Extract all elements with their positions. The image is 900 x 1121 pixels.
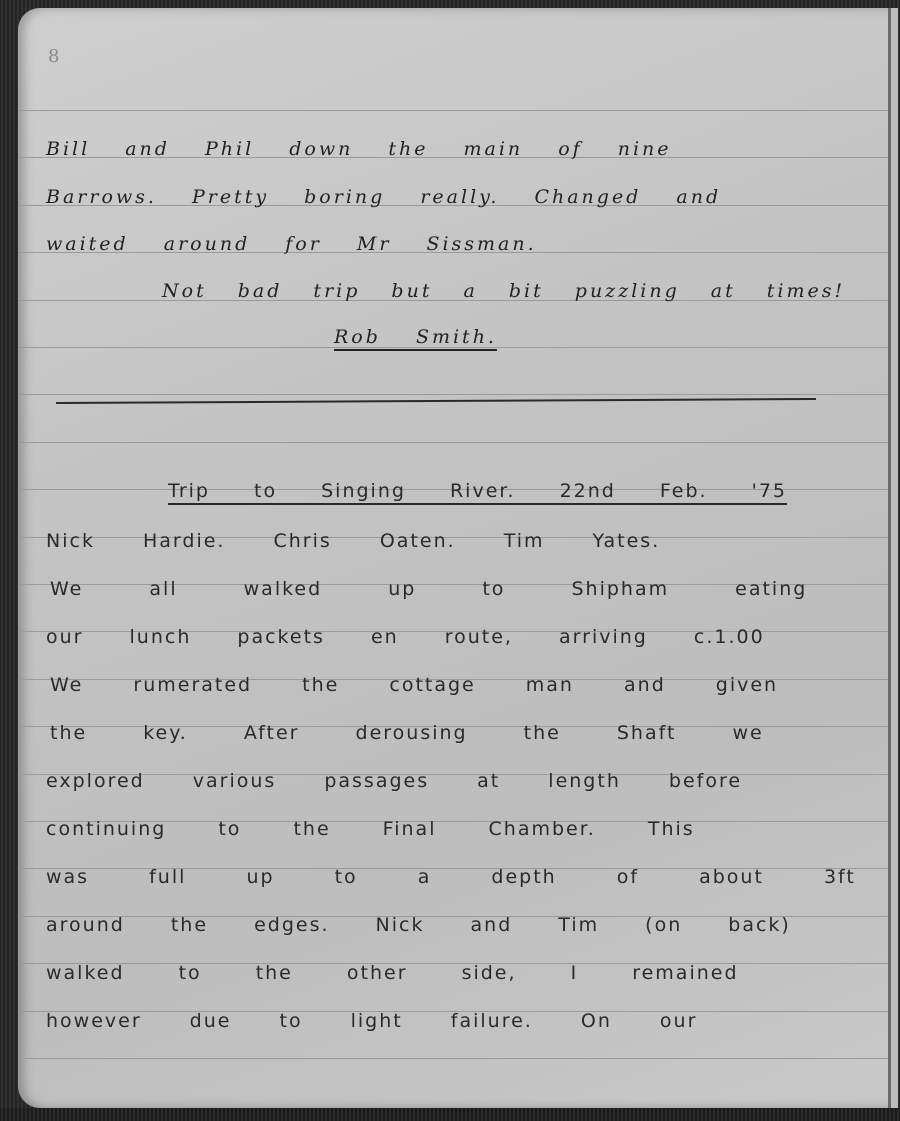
entry-title: Trip to Singing River. 22nd Feb. '75 [168, 480, 787, 502]
ruled-line [18, 110, 888, 111]
entry-date: 22nd Feb. '75 [560, 480, 787, 502]
entry-line: We all walked up to Shipham eating [50, 578, 807, 600]
entry-line: the key. After derousing the Shaft we [50, 722, 764, 744]
entry-line: our lunch packets en route, arriving c.1… [46, 626, 765, 648]
page-number: 8 [48, 46, 59, 67]
entry-line: We rumerated the cottage man and given [50, 674, 778, 696]
entry-line: explored various passages at length befo… [46, 770, 742, 792]
ruled-line [18, 1058, 888, 1059]
signature: Rob Smith. [334, 326, 497, 348]
handwritten-line: waited around for Mr Sissman. [46, 233, 537, 255]
entry-line: continuing to the Final Chamber. This [46, 818, 695, 840]
ruled-line [18, 442, 888, 443]
entry-line: around the edges. Nick and Tim (on back) [46, 914, 791, 936]
entry-line: however due to light failure. On our [46, 1010, 697, 1032]
page-bottom-shadow [0, 1108, 900, 1121]
entry-members: Nick Hardie. Chris Oaten. Tim Yates. [46, 530, 660, 552]
entry-divider [56, 398, 816, 404]
entry-title-text: Trip to Singing River. [168, 480, 516, 502]
next-page-edge [891, 8, 898, 1108]
handwritten-line: Barrows. Pretty boring really. Changed a… [46, 186, 721, 208]
entry-line: was full up to a depth of about 3ft [46, 866, 856, 888]
ruled-line [18, 394, 888, 395]
entry-line: walked to the other side, I remained [46, 962, 739, 984]
handwritten-line: Bill and Phil down the main of nine [46, 138, 672, 160]
notebook-page: 8 Bill and Phil down the main of nine Ba… [18, 8, 898, 1108]
closing-remark: Not bad trip but a bit puzzling at times… [162, 280, 845, 302]
